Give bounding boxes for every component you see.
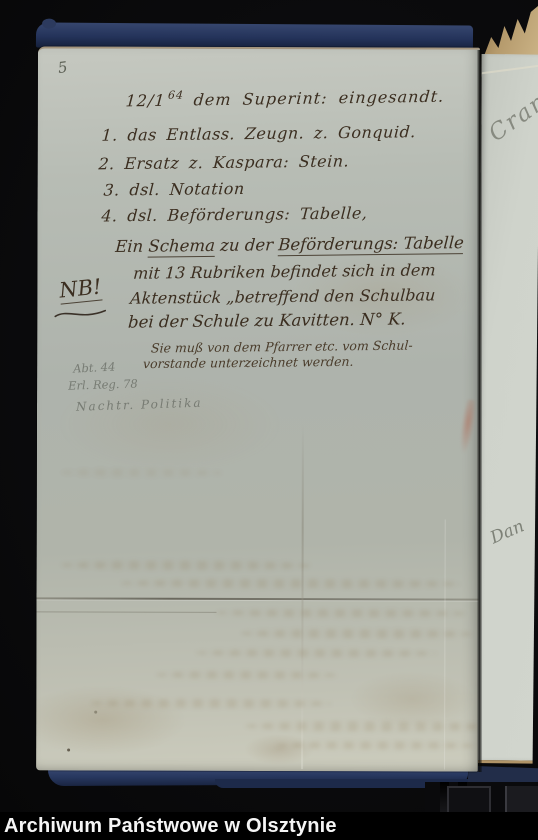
board-bracket xyxy=(447,786,491,812)
date-value: 12/1 xyxy=(125,91,166,111)
list-item-4: 4. dsl. Beförderungs: Tabelle, xyxy=(101,203,368,225)
archive-name: Archiwum Państwowe w Olsztynie xyxy=(0,815,337,838)
note-line-3: Aktenstück „betreffend den Schulbau xyxy=(130,285,436,307)
note-line-1-pre: Ein xyxy=(115,237,149,256)
bleed-through-ghost xyxy=(91,699,331,709)
bleed-through-ghost xyxy=(62,468,222,476)
pencil-note-3: Nachtr. Politika xyxy=(76,396,203,414)
page-number: 5 xyxy=(57,58,69,77)
page-gutter-shadow xyxy=(477,50,482,772)
manuscript-page: 5 12/164dem Superint: eingesandt. 1. das… xyxy=(36,46,480,771)
date-year-superscript: 64 xyxy=(167,89,184,102)
nota-bene-marker: NB! xyxy=(58,274,103,304)
pencil-note-1: Abt. 44 xyxy=(73,360,116,376)
bleed-through-ghost xyxy=(122,579,462,589)
paper-speck xyxy=(67,749,70,752)
note-line-6: vorstande unterzeichnet werden. xyxy=(143,354,354,371)
next-page-edge: Cranz Dan xyxy=(474,54,538,764)
nota-bene-flourish xyxy=(53,306,107,320)
date-line-text: dem Superint: eingesandt. xyxy=(193,87,445,110)
paper-speck xyxy=(94,711,97,714)
red-ink-smudge xyxy=(457,399,478,455)
note-line-5: Sie muß von dem Pfarrer etc. vom Schul- xyxy=(151,338,414,356)
horizontal-fold-line xyxy=(37,597,479,600)
note-line-1-mid: zu der xyxy=(214,235,278,255)
vertical-crease xyxy=(301,424,304,769)
next-page-crease xyxy=(480,64,538,74)
list-item-3: 3. dsl. Notation xyxy=(103,179,245,200)
note-line-1: Ein Schema zu der Beförderungs: Tabelle xyxy=(115,233,465,256)
board-clamp xyxy=(505,786,538,812)
note-line-4: bei der Schule zu Kavitten. N° K. xyxy=(128,309,407,331)
note-line-1-underlined-2: Beförderungs: Tabelle xyxy=(278,233,465,256)
list-item-2: 2. Ersatz z. Kaspara: Stein. xyxy=(98,151,350,173)
date-line: 12/164dem Superint: eingesandt. xyxy=(125,87,445,111)
vertical-crease-2 xyxy=(444,519,446,769)
bleed-through-ghost xyxy=(216,609,466,618)
note-line-2: mit 13 Rubriken befindet sich in dem xyxy=(133,260,437,282)
horizontal-fold-line-2 xyxy=(36,611,216,612)
scan-photo: Cranz Dan 5 12/164 xyxy=(0,0,538,812)
pencil-note-2: Erl. Reg. 78 xyxy=(68,376,138,392)
book-board-corner xyxy=(425,782,538,812)
bleed-through-ghost xyxy=(241,629,471,639)
next-page-writing-top: Cranz xyxy=(484,80,538,147)
torn-paper-edge xyxy=(478,6,538,56)
bleed-through-ghost xyxy=(196,649,436,658)
caption-bar: Archiwum Państwowe w Olsztynie xyxy=(0,812,538,840)
bleed-through-ghost xyxy=(246,721,480,732)
next-page-writing-bottom: Dan xyxy=(487,516,527,548)
archival-scan-view: Cranz Dan 5 12/164 xyxy=(0,0,538,840)
bleed-through-ghost xyxy=(62,560,312,570)
bleed-through-ghost xyxy=(156,671,336,679)
note-line-1-underlined-1: Schema xyxy=(148,236,216,258)
list-item-1: 1. das Entlass. Zeugn. z. Gonquid. xyxy=(101,122,416,145)
bleed-through-ghost xyxy=(276,741,476,750)
